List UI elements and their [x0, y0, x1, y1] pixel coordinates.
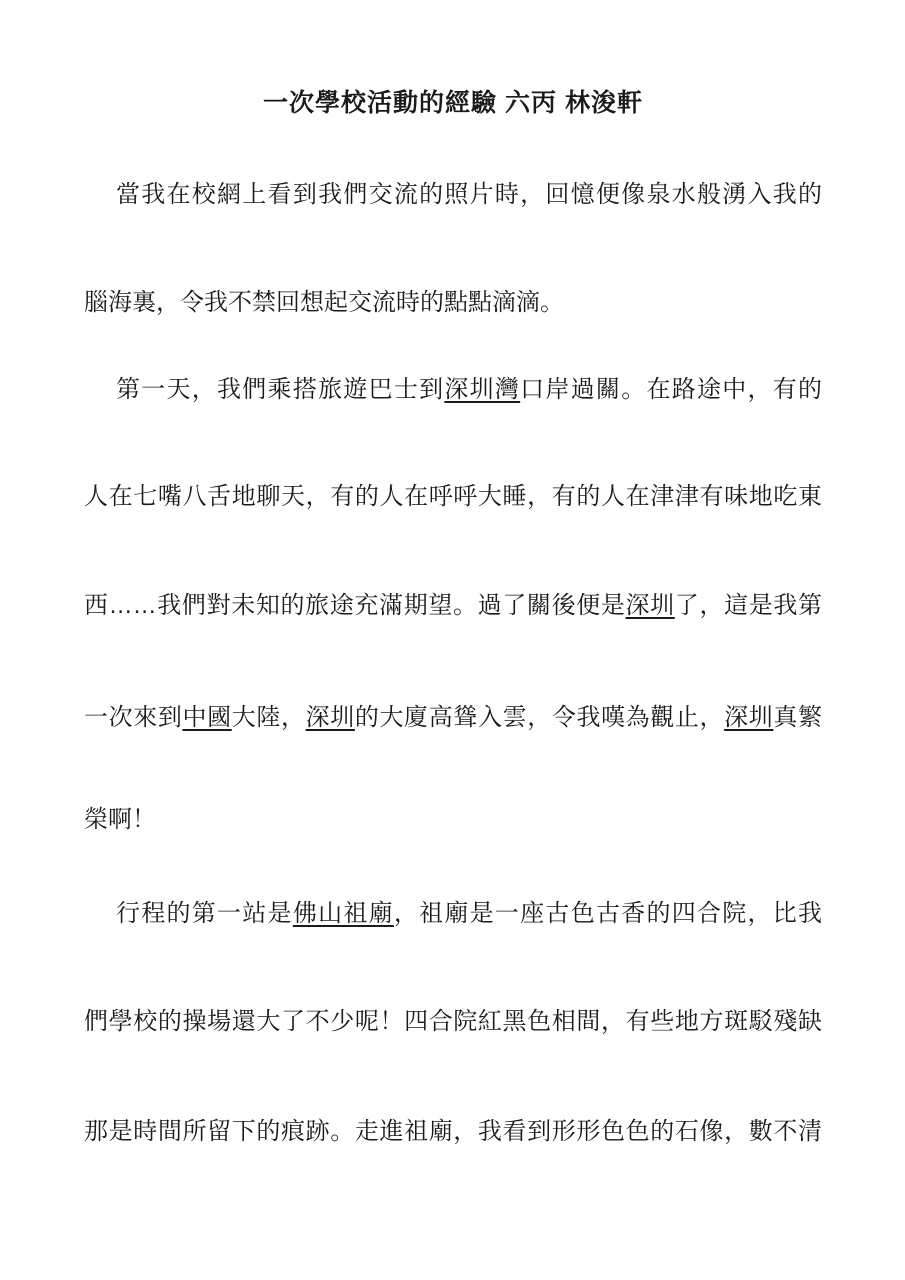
underlined-term: 中國	[182, 704, 231, 731]
text-segment: 大陸，	[232, 704, 306, 731]
underlined-term: 深圳	[306, 704, 355, 731]
text-line: 西……我們對未知的旅途充滿期望。過了關後便是深圳了，這是我第	[84, 591, 822, 621]
text-segment: 西……我們對未知的旅途充滿期望。過了關後便是	[84, 592, 626, 619]
underlined-term: 深圳灣	[444, 376, 520, 403]
text-line: 當我在校網上看到我們交流的照片時，回憶便像泉水般湧入我的	[84, 180, 822, 210]
text-segment: 第一天，我們乘搭旅遊巴士到	[116, 376, 444, 403]
text-segment: ，祖廟是一座古色古香的四合院，比我	[394, 900, 822, 927]
underlined-term: 深圳	[626, 592, 675, 619]
text-segment: 一次來到	[84, 704, 182, 731]
text-line: 榮啊！	[84, 805, 822, 835]
text-line: 行程的第一站是佛山祖廟，祖廟是一座古色古香的四合院，比我	[84, 899, 822, 929]
text-line: 第一天，我們乘搭旅遊巴士到深圳灣口岸過關。在路途中，有的	[84, 375, 822, 405]
text-line: 們學校的操場還大了不少呢！四合院紅黑色相間，有些地方斑駁殘缺	[84, 1007, 822, 1037]
text-segment: 行程的第一站是	[116, 900, 293, 927]
text-segment: 那是時間所留下的痕跡。走進祖廟，我看到形形色色的石像，數不清	[84, 1118, 822, 1145]
underlined-term: 深圳	[724, 704, 773, 731]
text-segment: 腦海裏，令我不禁回想起交流時的點點滴滴。	[84, 289, 564, 316]
text-segment: 的大廈高聳入雲，令我嘆為觀止，	[355, 704, 724, 731]
document-page: 一次學校活動的經驗 六丙 林浚軒 當我在校網上看到我們交流的照片時，回憶便像泉水…	[0, 0, 905, 1280]
text-segment: 當我在校網上看到我們交流的照片時，回憶便像泉水般湧入我的	[116, 181, 822, 208]
text-segment: 了，這是我第	[675, 592, 822, 619]
text-line: 那是時間所留下的痕跡。走進祖廟，我看到形形色色的石像，數不清	[84, 1117, 822, 1147]
text-line: 人在七嘴八舌地聊天，有的人在呼呼大睡，有的人在津津有味地吃東	[84, 482, 822, 512]
essay-title: 一次學校活動的經驗 六丙 林浚軒	[84, 88, 822, 118]
underlined-term: 佛山祖廟	[293, 900, 394, 927]
text-segment: 們學校的操場還大了不少呢！四合院紅黑色相間，有些地方斑駁殘缺	[84, 1008, 822, 1035]
text-line: 腦海裏，令我不禁回想起交流時的點點滴滴。	[84, 288, 822, 318]
text-segment: 人在七嘴八舌地聊天，有的人在呼呼大睡，有的人在津津有味地吃東	[84, 483, 822, 510]
text-segment: 口岸過關。在路途中，有的	[520, 376, 822, 403]
text-segment: 真繁	[773, 704, 822, 731]
text-line: 一次來到中國大陸，深圳的大廈高聳入雲，令我嘆為觀止，深圳真繁	[84, 703, 822, 733]
text-segment: 榮啊！	[84, 806, 156, 833]
